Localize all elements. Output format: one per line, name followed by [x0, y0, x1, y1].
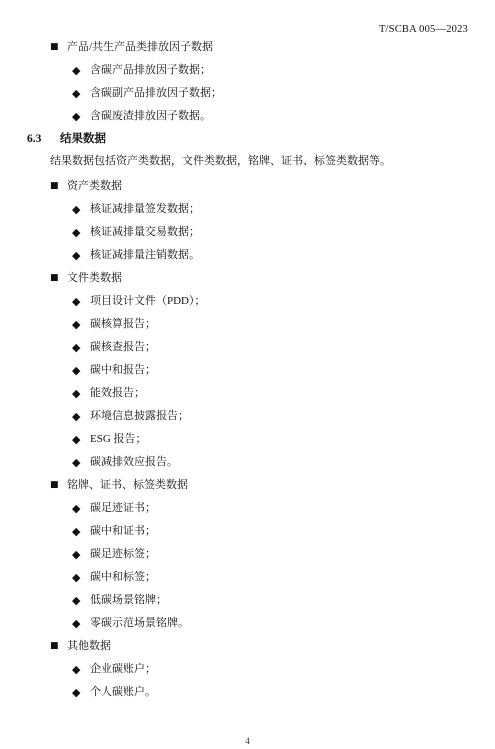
list-item-text: 碳减排效应报告。 — [90, 456, 178, 469]
list-item-text: 个人碳账户。 — [90, 686, 156, 699]
list-item-text: 碳中和标签； — [90, 571, 156, 584]
square-bullet-icon: ■ — [50, 41, 67, 54]
list-item-level2: ◆碳足迹证书； — [72, 502, 495, 515]
diamond-bullet-icon: ◆ — [72, 456, 90, 469]
list-item-level2: ◆核证减排量交易数据； — [72, 226, 495, 239]
list-item-text: 项目设计文件（PDD）； — [90, 295, 206, 308]
list-item-text: 碳中和证书； — [90, 525, 156, 538]
body-paragraph: 结果数据包括资产类数据，文件类数据，铭牌、证书、标签类数据等。 — [50, 155, 495, 168]
square-bullet-icon: ■ — [50, 640, 67, 653]
diamond-bullet-icon: ◆ — [72, 525, 90, 538]
diamond-bullet-icon: ◆ — [72, 249, 90, 262]
list-item-text: 其他数据 — [67, 640, 111, 653]
list-item-level1: ■产品/共生产品类排放因子数据 — [50, 41, 495, 54]
list-item-level1: ■文件类数据 — [50, 272, 495, 285]
diamond-bullet-icon: ◆ — [72, 226, 90, 239]
diamond-bullet-icon: ◆ — [72, 341, 90, 354]
diamond-bullet-icon: ◆ — [72, 686, 90, 699]
list-item-text: 含碳废渣排放因子数据。 — [90, 110, 211, 123]
list-item-level2: ◆零碳示范场景铭牌。 — [72, 617, 495, 630]
list-item-level2: ◆碳中和标签； — [72, 571, 495, 584]
list-item-text: ESG 报告； — [90, 433, 147, 446]
list-item-text: 核证减排量签发数据； — [90, 203, 200, 216]
list-item-text: 核证减排量注销数据。 — [90, 249, 200, 262]
diamond-bullet-icon: ◆ — [72, 571, 90, 584]
list-item-text: 铭牌、证书、标签类数据 — [67, 479, 188, 492]
list-item-level2: ◆企业碳账户； — [72, 663, 495, 676]
list-item-level2: ◆碳核算报告； — [72, 318, 495, 331]
list-item-level2: ◆碳中和报告； — [72, 364, 495, 377]
diamond-bullet-icon: ◆ — [72, 364, 90, 377]
list-item-level1: ■铭牌、证书、标签类数据 — [50, 479, 495, 492]
list-item-level2: ◆环境信息披露报告； — [72, 410, 495, 423]
list-item-text: 含碳副产品排放因子数据； — [90, 87, 222, 100]
list-item-text: 核证减排量交易数据； — [90, 226, 200, 239]
diamond-bullet-icon: ◆ — [72, 617, 90, 630]
list-item-text: 企业碳账户； — [90, 663, 156, 676]
list-item-text: 碳足迹标签； — [90, 548, 156, 561]
list-item-level2: ◆核证减排量注销数据。 — [72, 249, 495, 262]
document-number-header: T/SCBA 005—2023 — [379, 24, 468, 35]
list-item-text: 碳足迹证书； — [90, 502, 156, 515]
list-item-level2: ◆碳减排效应报告。 — [72, 456, 495, 469]
list-item-text: 资产类数据 — [67, 180, 122, 193]
list-item-level2: ◆碳核查报告； — [72, 341, 495, 354]
diamond-bullet-icon: ◆ — [72, 548, 90, 561]
section-number: 6.3 — [27, 133, 60, 146]
list-item-text: 碳核算报告； — [90, 318, 156, 331]
diamond-bullet-icon: ◆ — [72, 410, 90, 423]
list-item-level2: ◆能效报告； — [72, 387, 495, 400]
list-item-level2: ◆低碳场景铭牌； — [72, 594, 495, 607]
diamond-bullet-icon: ◆ — [72, 318, 90, 331]
list-item-text: 环境信息披露报告； — [90, 410, 189, 423]
list-item-level2: ◆项目设计文件（PDD）； — [72, 295, 495, 308]
diamond-bullet-icon: ◆ — [72, 203, 90, 216]
diamond-bullet-icon: ◆ — [72, 433, 90, 446]
list-item-text: 含碳产品排放因子数据； — [90, 64, 211, 77]
list-item-level2: ◆含碳废渣排放因子数据。 — [72, 110, 495, 123]
list-item-level2: ◆含碳副产品排放因子数据； — [72, 87, 495, 100]
diamond-bullet-icon: ◆ — [72, 387, 90, 400]
list-item-level2: ◆碳中和证书； — [72, 525, 495, 538]
list-item-level2: ◆ESG 报告； — [72, 433, 495, 446]
list-item-level2: ◆核证减排量签发数据； — [72, 203, 495, 216]
square-bullet-icon: ■ — [50, 272, 67, 285]
page-number: 4 — [0, 736, 495, 746]
list-item-level1: ■资产类数据 — [50, 180, 495, 193]
list-item-level2: ◆个人碳账户。 — [72, 686, 495, 699]
section-title: 结果数据 — [60, 133, 106, 145]
list-item-text: 产品/共生产品类排放因子数据 — [67, 41, 213, 54]
diamond-bullet-icon: ◆ — [72, 594, 90, 607]
list-item-level2: ◆碳足迹标签； — [72, 548, 495, 561]
square-bullet-icon: ■ — [50, 180, 67, 193]
list-item-text: 碳核查报告； — [90, 341, 156, 354]
document-content: ■产品/共生产品类排放因子数据◆含碳产品排放因子数据；◆含碳副产品排放因子数据；… — [0, 41, 495, 709]
diamond-bullet-icon: ◆ — [72, 663, 90, 676]
list-item-text: 零碳示范场景铭牌。 — [90, 617, 189, 630]
diamond-bullet-icon: ◆ — [72, 295, 90, 308]
diamond-bullet-icon: ◆ — [72, 502, 90, 515]
list-item-text: 能效报告； — [90, 387, 145, 400]
diamond-bullet-icon: ◆ — [72, 110, 90, 123]
section-heading: 6.3结果数据 — [27, 133, 495, 146]
diamond-bullet-icon: ◆ — [72, 64, 90, 77]
list-item-text: 低碳场景铭牌； — [90, 594, 167, 607]
square-bullet-icon: ■ — [50, 479, 67, 492]
list-item-level2: ◆含碳产品排放因子数据； — [72, 64, 495, 77]
document-page: T/SCBA 005—2023 ■产品/共生产品类排放因子数据◆含碳产品排放因子… — [0, 0, 495, 749]
diamond-bullet-icon: ◆ — [72, 87, 90, 100]
list-item-text: 碳中和报告； — [90, 364, 156, 377]
list-item-text: 文件类数据 — [67, 272, 122, 285]
list-item-level1: ■其他数据 — [50, 640, 495, 653]
